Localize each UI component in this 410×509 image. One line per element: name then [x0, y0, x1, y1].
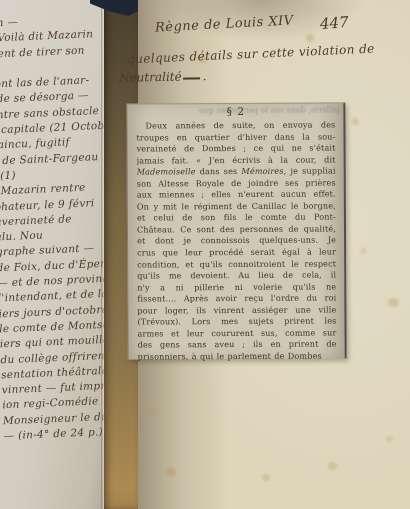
clipping-line: crus que leur procédé serait égal à leur	[137, 246, 336, 259]
clipping-body: Deux années de suite, on envoya destroup…	[136, 119, 336, 363]
clipping-line: aux miennes ; elles n'eurent aucun effet…	[137, 189, 336, 202]
book-photo: ain —« Voilà dit Mazarinvient de tirer s…	[0, 0, 410, 509]
foxing-spot	[166, 468, 176, 476]
foxing-spot	[352, 118, 359, 125]
foxing-spot	[386, 436, 393, 442]
clipping-line: armes et leur coururent sus, comme sur	[138, 327, 337, 340]
subtitle-period: .	[203, 69, 207, 83]
subtitle-word: Neutralité	[119, 70, 182, 85]
clipping-line: et dont je connoissois quelques-uns. Je	[137, 235, 336, 248]
clipping-line: troupes en quartier d'hiver dans la sou-	[136, 131, 335, 144]
underline-flourish	[183, 77, 200, 79]
left-page: ain —« Voilà dit Mazarinvient de tirer s…	[0, 0, 108, 509]
clipping-line: son Altesse Royale de joindre ses prière…	[137, 177, 336, 190]
clipping-line: Château. Ce sont des personnes de qualit…	[137, 223, 336, 236]
clipping-line: Mademoiselle dans ses Mémoires, je suppl…	[137, 166, 336, 179]
clipping-line: fissent.... Après avoir reçu l'ordre du …	[137, 293, 336, 306]
foxing-spot	[150, 408, 157, 414]
clipping-line: pour loger, ils vinrent assiéger une vil…	[137, 304, 336, 317]
foxing-spot	[360, 248, 367, 254]
foxing-spot	[388, 298, 399, 307]
clipping-line: (Trévoux). Lors mes sujets prirent les	[137, 316, 336, 329]
clipping-line: des gens sans aveu ; ils en prirent de	[138, 339, 337, 352]
clipping-line: jamais fait. « J'en écrivis à la cour, d…	[137, 154, 336, 167]
page-number: 447	[319, 13, 349, 33]
foxing-spot	[306, 34, 314, 42]
foxing-spot	[262, 474, 270, 481]
clipping-section-heading: § 2	[136, 105, 335, 118]
page-header-subtitle-word: Neutralité.	[119, 69, 207, 85]
clipping-line: et celui de son fils le comte du Pont-	[137, 212, 336, 225]
clipping-line: qu'ils me devoient. Au lieu de cela, il	[137, 270, 336, 283]
clipping-line: n'y a ni pillerie ni volerie qu'ils ne	[137, 281, 336, 294]
printed-clipping: pillerie, dans vos le personnes que § 2 …	[126, 102, 346, 359]
foxing-spot	[328, 462, 337, 470]
clipping-line: veraineté de Dombes ; ce qui ne s'était	[137, 143, 336, 156]
clipping-line: On y mit le régiment de Canillac le borg…	[137, 200, 336, 213]
clipping-line: prisonniers, à qui le parlement de Dombe…	[138, 350, 337, 363]
clipping-line: condition, et qu'ils connoitroient le re…	[137, 258, 336, 271]
